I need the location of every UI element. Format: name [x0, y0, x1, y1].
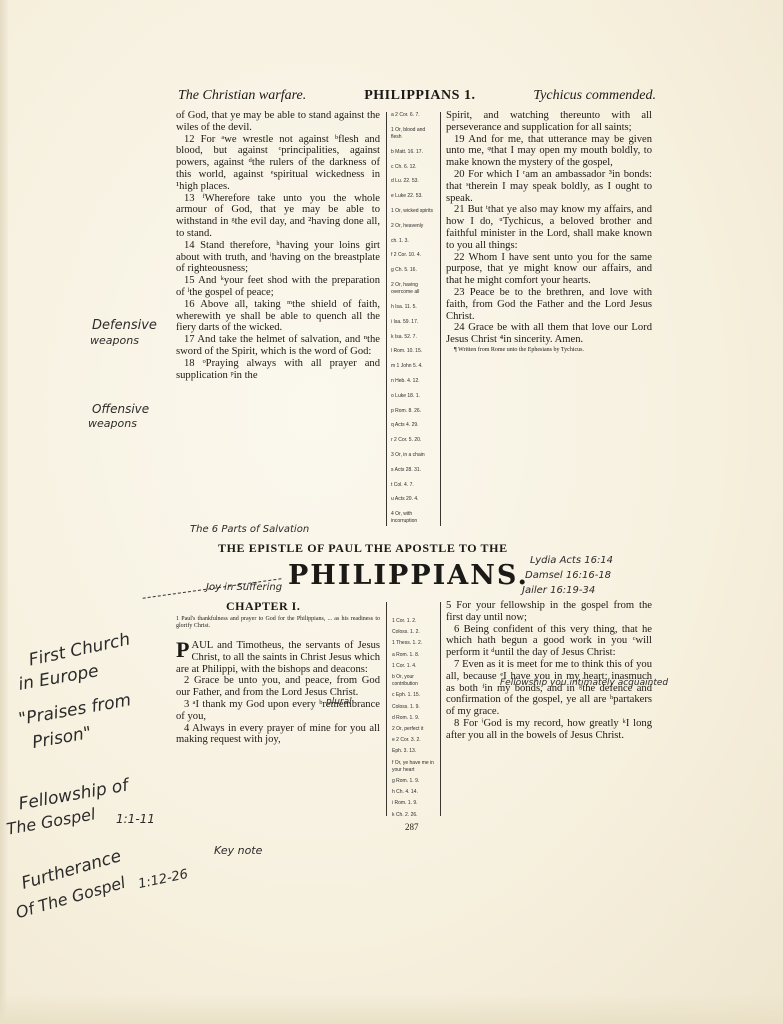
note-praises: "Praises from [17, 690, 132, 729]
margin-reference: t Col. 4. 7. [391, 482, 435, 489]
margin-reference: b Matt. 16. 17. [391, 149, 435, 156]
margin-reference: i Isa. 59. 17. [391, 319, 435, 326]
margin-reference: f Or, ye have me in your heart [392, 760, 436, 774]
margin-reference: e 2 Cor. 3. 2. [392, 737, 436, 744]
verse: 6 Being confident of this very thing, th… [446, 624, 652, 659]
margin-reference: l Rom. 10. 15. [391, 348, 435, 355]
margin-reference: 1 Thess. 1. 2. [392, 640, 436, 647]
verse: 4 Always in every prayer of mine for you… [176, 723, 380, 747]
margin-reference: q Acts 4. 29. [391, 422, 435, 429]
note-ref-damsel: Damsel 16:16-18 [525, 570, 611, 581]
margin-reference: o Luke 18. 1. [391, 393, 435, 400]
running-head-center: PHILIPPIANS 1. [364, 88, 475, 104]
note-offensive-weapons: weapons [88, 417, 137, 430]
note-intimately-acquainted: Fellowship you intimately acquainted [500, 678, 668, 688]
column-rule [440, 112, 441, 526]
margin-reference: a Rom. 1. 8. [392, 652, 436, 659]
margin-reference: 1 Cor. 1. 2. [392, 618, 436, 625]
margin-reference: h Isa. 11. 5. [391, 304, 435, 311]
note-prison: Prison" [31, 723, 93, 753]
verse: 12 For ᵃwe wrestle not against ᵇflesh an… [176, 134, 380, 193]
margin-reference: 1 Cor. 1. 4. [392, 663, 436, 670]
note-offensive: Offensive [92, 402, 149, 416]
drop-cap: P [176, 640, 189, 660]
margin-reference: g Ch. 5. 16. [391, 267, 435, 274]
epistle-title: THE EPISTLE OF PAUL THE APOSTLE TO THE [218, 541, 508, 556]
margin-reference: k Isa. 52. 7. [391, 334, 435, 341]
book-title: PHILIPPIANS. [288, 560, 529, 591]
verse: 16 Above all, taking ᵐthe shield of fait… [176, 299, 380, 334]
note-fellowship-ref: 1:1-11 [116, 812, 155, 826]
margin-reference: i Rom. 1. 9. [392, 800, 436, 807]
verse: Spirit, and watching thereunto with all … [446, 110, 652, 134]
running-head: The Christian warfare. PHILIPPIANS 1. Ty… [178, 88, 656, 104]
page-number: 287 [405, 822, 419, 832]
margin-reference: 3 Or, in a chain [391, 452, 435, 459]
margin-reference: e Luke 22. 53. [391, 193, 435, 200]
margin-reference: g Rom. 1. 9. [392, 778, 436, 785]
verse: 23 Peace be to the brethren, and love wi… [446, 287, 652, 322]
column-rule [386, 602, 387, 816]
chapter-summary: 1 Paul's thankfulness and prayer to God … [176, 616, 380, 630]
upper-margin-references: a 2 Cor. 6. 7.1 Or, blood and fleshb Mat… [391, 112, 435, 527]
note-defensive-weapons: weapons [90, 334, 139, 347]
margin-reference: u Acts 20. 4. [391, 496, 435, 503]
margin-reference: s Acts 28. 31. [391, 467, 435, 474]
margin-reference: 2 Or, perfect it [392, 726, 436, 733]
verse: 13 ᶠWherefore take unto you the whole ar… [176, 193, 380, 240]
lower-margin-references: 1 Cor. 1. 2.Coloss. 1. 2.1 Thess. 1. 2.a… [392, 618, 436, 818]
verse: 14 Stand therefore, ʰhaving your loins g… [176, 240, 380, 275]
verse: of God, that ye may be able to stand aga… [176, 110, 380, 134]
running-head-right: Tychicus commended. [533, 88, 656, 104]
page-edge [0, 0, 8, 1024]
footnote: ¶ Written from Rome unto the Ephesians b… [446, 346, 652, 354]
margin-reference: h Ch. 4. 14. [392, 789, 436, 796]
verse-text: AUL and Timotheus, the servants of Jesus… [176, 640, 380, 675]
margin-reference: n Heb. 4. 12. [391, 378, 435, 385]
note-key-note: Key note [214, 844, 262, 857]
margin-reference: c Ch. 6. 12. [391, 164, 435, 171]
page-bottom-shadow [0, 994, 783, 1024]
margin-reference: Coloss. 1. 2. [392, 629, 436, 636]
scanned-bible-page: The Christian warfare. PHILIPPIANS 1. Ty… [0, 0, 783, 1024]
verse: 18 ᵒPraying always with all prayer and s… [176, 358, 380, 382]
verse: 20 For which I ʳam an ambassador ³in bon… [446, 169, 652, 204]
verse: 19 And for me, that utterance may be giv… [446, 134, 652, 169]
margin-reference: k Ch. 2. 26. [392, 812, 436, 818]
margin-reference: f 2 Cor. 10. 4. [391, 252, 435, 259]
note-joy-in-suffering: Joy in Suffering [206, 582, 282, 593]
lower-left-column: PAUL and Timotheus, the servants of Jesu… [176, 640, 380, 746]
chapter-heading: CHAPTER I. [226, 599, 300, 614]
margin-reference: d Rom. 1. 9. [392, 715, 436, 722]
margin-reference: b Or, your contribution [392, 674, 436, 688]
note-ref-lydia: Lydia Acts 16:14 [530, 555, 613, 566]
margin-reference: d Lu. 22. 53. [391, 178, 435, 185]
verse: 7 Even as it is meet for me to think thi… [446, 659, 652, 718]
margin-reference: 4 Or, with incorruption [391, 511, 435, 525]
margin-reference: c Eph. 1. 15. [392, 692, 436, 699]
note-furtherance-ref: 1:12-26 [137, 867, 189, 892]
verse: 5 For your fellowship in the gospel from… [446, 600, 652, 624]
margin-reference: 1 Or, blood and flesh [391, 127, 435, 141]
note-under-verse: The 6 Parts of Salvation [190, 524, 309, 535]
note-defensive: Defensive [92, 318, 157, 333]
upper-right-column: Spirit, and watching thereunto with all … [446, 110, 652, 354]
margin-reference: a 2 Cor. 6. 7. [391, 112, 435, 119]
upper-left-column: of God, that ye may be able to stand aga… [176, 110, 380, 381]
running-head-left: The Christian warfare. [178, 88, 306, 104]
verse: PAUL and Timotheus, the servants of Jesu… [176, 640, 380, 675]
verse: 8 For ⁱGod is my record, how greatly ᵏI … [446, 718, 652, 742]
margin-reference: 2 Or, heavenly [391, 223, 435, 230]
verse: 2 Grace be unto you, and peace, from God… [176, 675, 380, 699]
margin-reference: Eph. 3. 13. [392, 748, 436, 755]
margin-reference: 2 Or, having overcome all [391, 282, 435, 296]
margin-reference: Coloss. 1. 9. [392, 704, 436, 711]
verse: 15 And ᵏyour feet shod with the preparat… [176, 275, 380, 299]
note-plural: plural [326, 697, 352, 707]
verse: 17 And take the helmet of salvation, and… [176, 334, 380, 358]
margin-reference: ch. 1. 3. [391, 238, 435, 245]
verse: 24 Grace be with all them that love our … [446, 322, 652, 346]
column-rule [440, 602, 441, 816]
lower-right-column: 5 For your fellowship in the gospel from… [446, 600, 652, 742]
column-rule [386, 112, 387, 526]
verse: 22 Whom I have sent unto you for the sam… [446, 252, 652, 287]
verse: 21 But ᵗthat ye also may know my affairs… [446, 204, 652, 251]
margin-reference: r 2 Cor. 5. 20. [391, 437, 435, 444]
margin-reference: p Rom. 8. 26. [391, 408, 435, 415]
note-ref-jailer: Jailer 16:19-34 [522, 585, 595, 596]
margin-reference: m 1 John 5. 4. [391, 363, 435, 370]
margin-reference: 1 Or, wicked spirits [391, 208, 435, 215]
